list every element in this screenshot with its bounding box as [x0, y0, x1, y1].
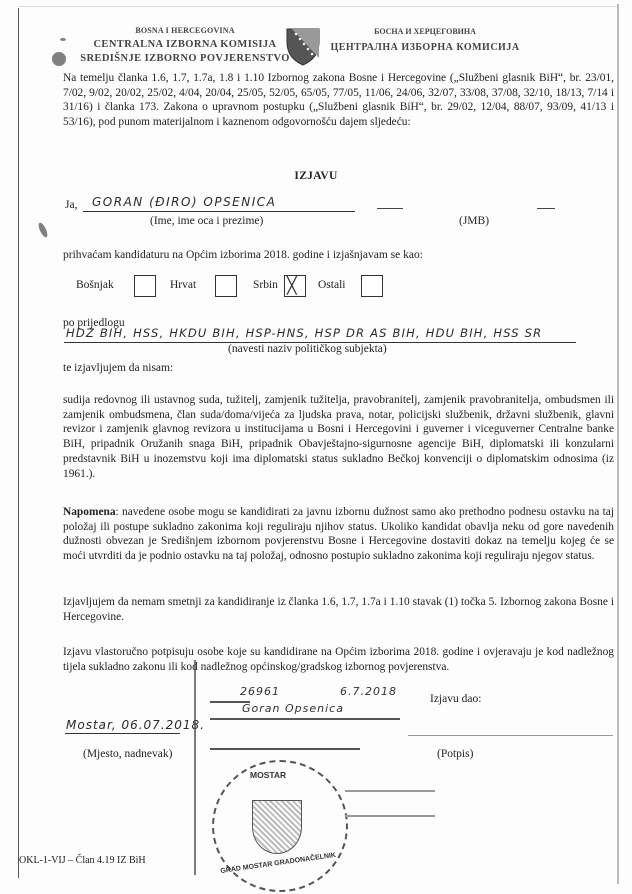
scan-blot	[52, 52, 66, 66]
header-commission-croatian: SREDIŠNJE IZBORNO POVJERENSTVO	[70, 52, 300, 66]
coat-of-arms-icon	[286, 28, 320, 66]
place-date-caption: (Mjesto, nadnevak)	[83, 748, 172, 760]
page-border-left	[18, 8, 19, 878]
political-subject-field[interactable]: HDZ BIH, HSS, HKDU BIH, HSP-HNS, HSP DR …	[66, 326, 542, 340]
nationality-checkbox-srbin[interactable]	[284, 275, 306, 297]
stamp-line	[210, 718, 400, 720]
no-obstacles-paragraph: Izjavljujem da nemam smetnji za kandidir…	[63, 595, 614, 624]
scan-blot	[60, 38, 66, 41]
header-left: BOSNA I HERCEGOVINA CENTRALNA IZBORNA KO…	[70, 24, 300, 66]
place-date-field[interactable]: Mostar, 06.07.2018.	[66, 718, 205, 732]
nationality-label-srbin: Srbin	[253, 279, 278, 291]
stamp-line	[210, 748, 360, 750]
header-right: БОСНА И ХЕРЦЕГОВИНА ЦЕНТРАЛНА ИЗБОРНА КО…	[330, 24, 520, 56]
acceptance-text: prihvaćam kandidaturu na Općim izborima …	[63, 249, 423, 261]
header-country-cyrillic: БОСНА И ХЕРЦЕГОВИНА	[330, 24, 520, 40]
header-commission-cyrillic: ЦЕНТРАЛНА ИЗБОРНА КОМИСИЈА	[330, 40, 520, 56]
jmb-field-segment[interactable]	[377, 208, 403, 209]
note-text: : navedene osobe mogu se kandidirati za …	[63, 506, 614, 562]
page-border-right	[617, 4, 619, 884]
seal-emblem-icon	[252, 800, 302, 854]
positions-list: sudija redovnog ili ustavnog suda, tužit…	[63, 393, 614, 481]
nationality-checkbox-hrvat[interactable]	[215, 275, 237, 297]
stamp-name: Goran Opsenica	[242, 702, 344, 715]
intro-paragraph: Na temelju članka 1.6, 1.7, 1.7a, 1.8 i …	[63, 71, 614, 130]
stamp-date: 6.7.2018	[340, 685, 397, 698]
stamp-line	[345, 790, 435, 792]
place-date-underline	[65, 733, 180, 734]
scan-blot	[37, 221, 49, 238]
nationality-checkbox-ostali[interactable]	[361, 275, 383, 297]
stamp-reg-number: 26961	[240, 685, 280, 698]
header-commission-latin: CENTRALNA IZBORNA KOMISIJA	[70, 38, 300, 52]
name-caption: (Ime, ime oca i prezime)	[150, 215, 263, 227]
header-country-latin: BOSNA I HERCEGOVINA	[70, 24, 300, 38]
name-underline	[83, 211, 355, 212]
note-paragraph: Napomena: navedene osobe mogu se kandidi…	[63, 505, 614, 564]
stamp-line	[345, 815, 435, 817]
declarant-name-field[interactable]: GORAN (ĐIRO) OPSENICA	[92, 195, 276, 209]
page-border-top	[18, 6, 618, 7]
declaration-intro: te izjavljujem da nisam:	[63, 362, 173, 374]
notary-stamp: 26961 6.7.2018 Goran Opsenica MOSTAR GRA…	[190, 660, 440, 890]
nationality-label-hrvat: Hrvat	[170, 279, 196, 291]
jmb-caption: (JMB)	[459, 215, 489, 227]
nationality-label-bosnjak: Bošnjak	[76, 279, 114, 291]
nationality-checkbox-bosnjak[interactable]	[134, 275, 156, 297]
stamp-city: MOSTAR	[250, 770, 286, 780]
signature-caption: (Potpis)	[437, 748, 473, 760]
declarant-prefix: Ja,	[65, 199, 77, 211]
stamp-border	[194, 660, 196, 875]
nationality-label-ostali: Ostali	[318, 279, 345, 291]
document-title: IZJAVU	[0, 170, 632, 182]
jmb-field-segment[interactable]	[537, 208, 555, 209]
form-code: OKL-1-VIJ – Član 4.19 IZ BiH	[19, 855, 146, 866]
proposal-caption: (navesti naziv političkog subjekta)	[228, 343, 387, 355]
note-label: Napomena	[63, 506, 116, 518]
